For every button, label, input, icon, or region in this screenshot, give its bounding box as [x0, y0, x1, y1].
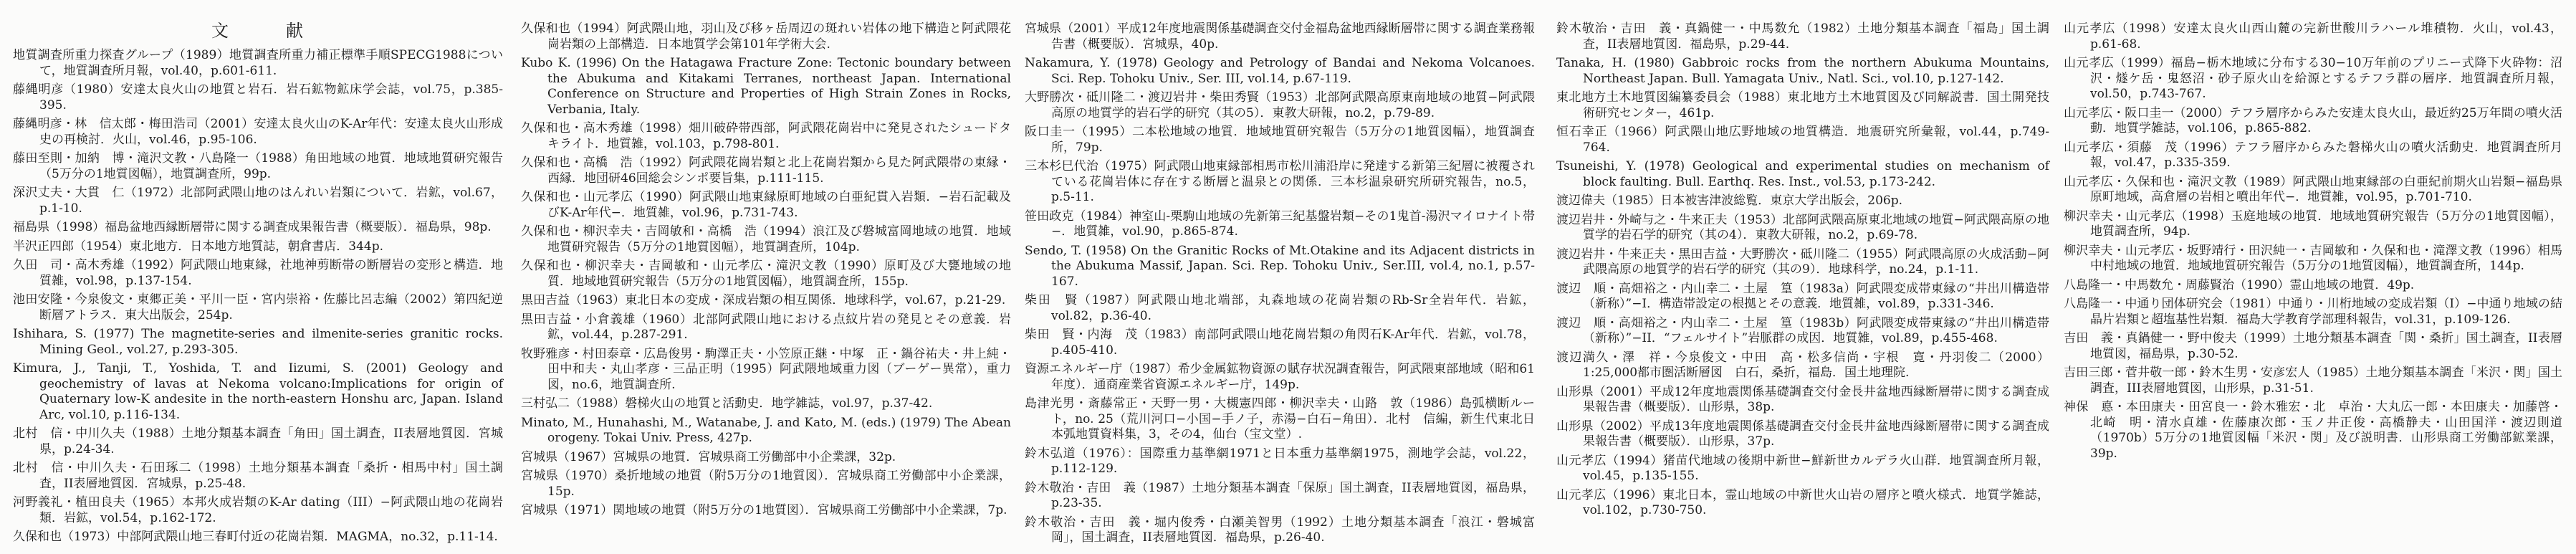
reference-entry: Kimura, J., Tanji, T., Yoshida, T. and I…: [13, 361, 503, 423]
reference-entry: 山元孝広・久保和也・滝沢文教（1989）阿武隈山地東縁部の白亜紀前期火山岩類−福…: [2064, 175, 2562, 206]
reference-entry: 宮城県（1970）桑折地域の地質（附5万分の1地質図）．宮城県商工労働部中小企業…: [521, 469, 1011, 500]
reference-entry: 三村弘二（1988）磐梯火山の地質と活動史．地学雑誌，vol.97，p.37-4…: [521, 396, 1011, 412]
reference-entry: 牧野雅彦・村田泰章・広島俊男・駒澤正夫・小笠原正継・中塚 正・鍋谷祐夫・井上純・…: [521, 347, 1011, 393]
reference-entry: 柴田 賢・内海 茂（1983）南部阿武隈山地花崗岩類の角閃石K-Ar年代．岩鉱，…: [1025, 328, 1535, 358]
reference-entry: 久保和也・柳沢幸夫・吉岡敏和・高橋 浩（1994）浪江及び磐城富岡地域の地質．地…: [521, 224, 1011, 255]
reference-entry: 久保和也・高橋 浩（1992）阿武隈花崗岩類と北上花崗岩類から見た阿武隈帯の東縁…: [521, 156, 1011, 186]
reference-entry: 山元孝広（1994）猪苗代地域の後期中新世−鮮新世カルデラ火山群．地質調査所月報…: [1556, 454, 2049, 484]
reference-entry: 渡辺偉夫（1985）日本被害津波総覧．東京大学出版会，206p.: [1556, 194, 2049, 209]
page-title: 文 献: [13, 22, 503, 40]
reference-entry: 鈴木敬治・吉田 義（1987）土地分類基本調査「保原」国土調査，II表層地質図，…: [1025, 481, 1535, 512]
reference-entry: 島津光男・斎藤常正・天野一男・大槻憲四郎・柳沢幸夫・山路 敦（1986）島弧横断…: [1025, 396, 1535, 443]
reference-entry: 三本杉巳代治（1975）阿武隈山地東縁部相馬市松川浦沿岸に発達する新第三紀層に被…: [1025, 159, 1535, 206]
reference-entry: Nakamura, Y. (1978) Geology and Petrolog…: [1025, 56, 1535, 87]
reference-entry: 宮城県（1971）関地域の地質（附5万分の1地質図）．宮城県商工労働部中小企業課…: [521, 503, 1011, 519]
reference-entry: 資源エネルギー庁（1987）希少金属鉱物資源の賦存状況調査報告，阿武隈東部地域（…: [1025, 362, 1535, 393]
reference-entry: 八島隆一・中馬数允・周藤賢治（1990）霊山地域の地質．49p.: [2064, 278, 2562, 294]
references-page: 文 献 地質調査所重力探査グループ（1989）地質調査所重力補正標準手順SPEC…: [0, 0, 2576, 554]
reference-entry: 河野義礼・植田良夫（1965）本邦火成岩類のK-Ar dating（III）−阿…: [13, 495, 503, 526]
reference-entry: Kubo K. (1996) On the Hatagawa Fracture …: [521, 56, 1011, 118]
reference-entry: 宮城県（1967）宮城県の地質．宮城県商工労働部中小企業課，32p.: [521, 450, 1011, 466]
reference-entry: Sendo, T. (1958) On the Granitic Rocks o…: [1025, 244, 1535, 290]
reference-entry: 山形県（2001）平成12年度地震関係基礎調査交付金長井盆地西縁断層帯に関する調…: [1556, 385, 2049, 416]
reference-entry: 渡辺 順・高畑裕之・内山幸二・土屋 篁（1983b）阿武隈変成帯東縁の“井出川構…: [1556, 316, 2049, 347]
reference-entry: 藤田至則・加納 博・滝沢文教・八島隆一（1988）角田地域の地質．地域地質研究報…: [13, 151, 503, 182]
reference-entry: 久保和也・高木秀雄（1998）畑川破砕帯西部，阿武隈花崗岩中に発見されたシュード…: [521, 121, 1011, 152]
reference-entry: 鈴木敬治・吉田 義・堀内俊秀・白瀬美智男（1992）土地分類基本調査「浪江・磐城…: [1025, 515, 1535, 546]
reference-entry: 渡辺岩井・牛来正夫・黒田吉益・大野勝次・砥川隆二（1955）阿武隈高原の火成活動…: [1556, 247, 2049, 278]
reference-entry: 渡辺満久・澤 祥・今泉俊文・中田 高・松多信尚・宇根 寛・丹羽俊二（2000）1…: [1556, 350, 2049, 381]
column-4: 鈴木敬治・吉田 義・真鍋健一・中馬数允（1982）土地分類基本調査「福島」国土調…: [1556, 22, 2049, 522]
reference-entry: 渡辺岩井・外崎与之・牛来正夫（1953）北部阿武隈高原東北地域の地質−阿武隈高原…: [1556, 213, 2049, 244]
reference-entry: 恒石幸正（1966）阿武隈山地広野地域の地質構造．地震研究所彙報，vol.44，…: [1556, 125, 2049, 156]
reference-entry: 久保和也・山元孝広（1990）阿武隈山地東縁原町地域の白亜紀貫入岩類．−岩石記載…: [521, 190, 1011, 221]
column-1-entries: 地質調査所重力探査グループ（1989）地質調査所重力補正標準手順SPECG198…: [13, 48, 503, 545]
column-5: 山元孝広（1998）安達太良火山西山麓の完新世酸川ラハール堆積物．火山，vol.…: [2064, 22, 2562, 465]
reference-entry: 柴田 賢（1987）阿武隈山地北端部，丸森地域の花崗岩類のRb-Sr全岩年代．岩…: [1025, 293, 1535, 324]
reference-entry: 藤縄明彦・林 信太郎・梅田浩司（2001）安達太良火山のK-Ar年代：安達太良火…: [13, 117, 503, 148]
reference-entry: 山元孝広（1999）福島−栃木地域に分布する30−10万年前のプリニー式降下火砕…: [2064, 56, 2562, 102]
reference-entry: 宮城県（2001）平成12年度地震関係基礎調査交付金福島盆地西縁断層帯に関する調…: [1025, 22, 1535, 52]
reference-entry: Ishihara, S. (1977) The magnetite-series…: [13, 327, 503, 358]
reference-entry: 山元孝広（1996）東北日本，霊山地域の中新世火山岩の層序と噴火様式．地質学雑誌…: [1556, 488, 2049, 519]
reference-entry: 鈴木弘道（1976）：国際重力基準網1971と日本重力基準網1975，測地学会誌…: [1025, 446, 1535, 477]
reference-entry: 神保 悳・本田康夫・田宮良一・鈴木雅宏・北 卓治・大丸広一郎・本田康夫・加藤啓・…: [2064, 400, 2562, 462]
reference-entry: 黒田吉益・小倉義雄（1960）北部阿武隈山地における点紋片岩の発見とその意義．岩…: [521, 312, 1011, 343]
reference-entry: 黒田吉益（1963）東北日本の変成・深成岩類の相互関係．地球科学，vol.67，…: [521, 293, 1011, 309]
reference-entry: 笹田政克（1984）神室山-栗駒山地域の先新第三紀基盤岩類−その1鬼首-湯沢マイ…: [1025, 209, 1535, 240]
reference-entry: 久保和也（1973）中部阿武隈山地三春町付近の花崗岩類．MAGMA，no.32，…: [13, 530, 503, 545]
column-1: 文 献 地質調査所重力探査グループ（1989）地質調査所重力補正標準手順SPEC…: [13, 22, 503, 549]
reference-entry: 山元孝広・須藤 茂（1996）テフラ層序からみた磐梯火山の噴火活動史．地質調査所…: [2064, 140, 2562, 171]
reference-entry: 山形県（2002）平成13年度地震関係基礎調査交付金長井盆地西縁断層帯に関する調…: [1556, 419, 2049, 450]
reference-entry: 久保和也・柳沢幸夫・吉岡敏和・山元孝広・滝沢文教（1990）原町及び大甕地域の地…: [521, 259, 1011, 290]
reference-entry: 地質調査所重力探査グループ（1989）地質調査所重力補正標準手順SPECG198…: [13, 48, 503, 79]
reference-entry: 吉田三郎・菅井敬一郎・鈴木生男・安彦宏人（1985）土地分類基本調査「米沢・関」…: [2064, 366, 2562, 396]
reference-entry: 山元孝広（1998）安達太良火山西山麓の完新世酸川ラハール堆積物．火山，vol.…: [2064, 22, 2562, 52]
reference-entry: 北村 信・中川久夫・石田琢二（1998）土地分類基本調査「桑折・相馬中村」国土調…: [13, 461, 503, 492]
reference-entry: 福島県（1998）福島盆地西縁断層帯に関する調査成果報告書（概要版）．福島県，9…: [13, 220, 503, 236]
reference-entry: Tsuneishi, Y. (1978) Geological and expe…: [1556, 159, 2049, 190]
column-2: 久保和也（1994）阿武隈山地，羽山及び移ヶ岳周辺の斑れい岩体の地下構造と阿武隈…: [521, 22, 1011, 522]
reference-entry: 半沢正四郎（1954）東北地方．日本地方地質誌，朝倉書店．344p.: [13, 239, 503, 255]
reference-entry: 鈴木敬治・吉田 義・真鍋健一・中馬数允（1982）土地分類基本調査「福島」国土調…: [1556, 22, 2049, 52]
reference-entry: 池田安隆・今泉俊文・東郷正美・平川一臣・宮内崇裕・佐藤比呂志編（2002）第四紀…: [13, 292, 503, 323]
reference-entry: 渡辺 順・高畑裕之・内山幸二・土屋 篁（1983a）阿武隈変成帯東縁の“井出川構…: [1556, 282, 2049, 312]
reference-entry: 柳沢幸夫・山元孝広・坂野靖行・田沢純一・吉岡敏和・久保和也・滝澤文教（1996）…: [2064, 244, 2562, 274]
reference-entry: 久保和也（1994）阿武隈山地，羽山及び移ヶ岳周辺の斑れい岩体の地下構造と阿武隈…: [521, 22, 1011, 52]
reference-entry: 東北地方土木地質図編纂委員会（1988）東北地方土木地質図及び同解説書．国土開発…: [1556, 90, 2049, 121]
reference-entry: Minato, M., Hunahashi, M., Watanabe, J. …: [521, 416, 1011, 446]
reference-entry: 藤縄明彦（1980）安達太良火山の地質と岩石．岩石鉱物鉱床学会誌，vol.75，…: [13, 82, 503, 113]
reference-entry: 柳沢幸夫・山元孝広（1998）玉庭地域の地質．地域地質研究報告（5万分の1地質図…: [2064, 209, 2562, 240]
reference-entry: 深沢丈夫・大貫 仁（1972）北部阿武隈山地のはんれい岩類について．岩鉱，vol…: [13, 186, 503, 216]
reference-entry: 八島隆一・中通り団体研究会（1981）中通り・川桁地域の変成岩類（I）−中通り地…: [2064, 297, 2562, 328]
reference-entry: Tanaka, H. (1980) Gabbroic rocks from th…: [1556, 56, 2049, 87]
reference-entry: 山元孝広・阪口圭一（2000）テフラ層序からみた安達太良火山，最近約25万年間の…: [2064, 106, 2562, 137]
reference-entry: 阪口圭一（1995）二本松地域の地質．地域地質研究報告（5万分の1地質図幅），地…: [1025, 125, 1535, 156]
reference-entry: 大野勝次・砥川隆二・渡辺岩井・柴田秀賢（1953）北部阿武隈高原東南地域の地質−…: [1025, 90, 1535, 121]
reference-entry: 久田 司・高木秀雄（1992）阿武隈山地東縁，社地神剪断帯の断層岩の変形と構造．…: [13, 258, 503, 289]
column-3: 宮城県（2001）平成12年度地震関係基礎調査交付金福島盆地西縁断層帯に関する調…: [1025, 22, 1535, 550]
reference-entry: 吉田 義・真鍋健一・野中俊夫（1999）土地分類基本調査「関・桑折」国土調査，I…: [2064, 331, 2562, 362]
reference-entry: 北村 信・中川久夫（1988）土地分類基本調査「角田」国土調査，II表層地質図．…: [13, 426, 503, 457]
